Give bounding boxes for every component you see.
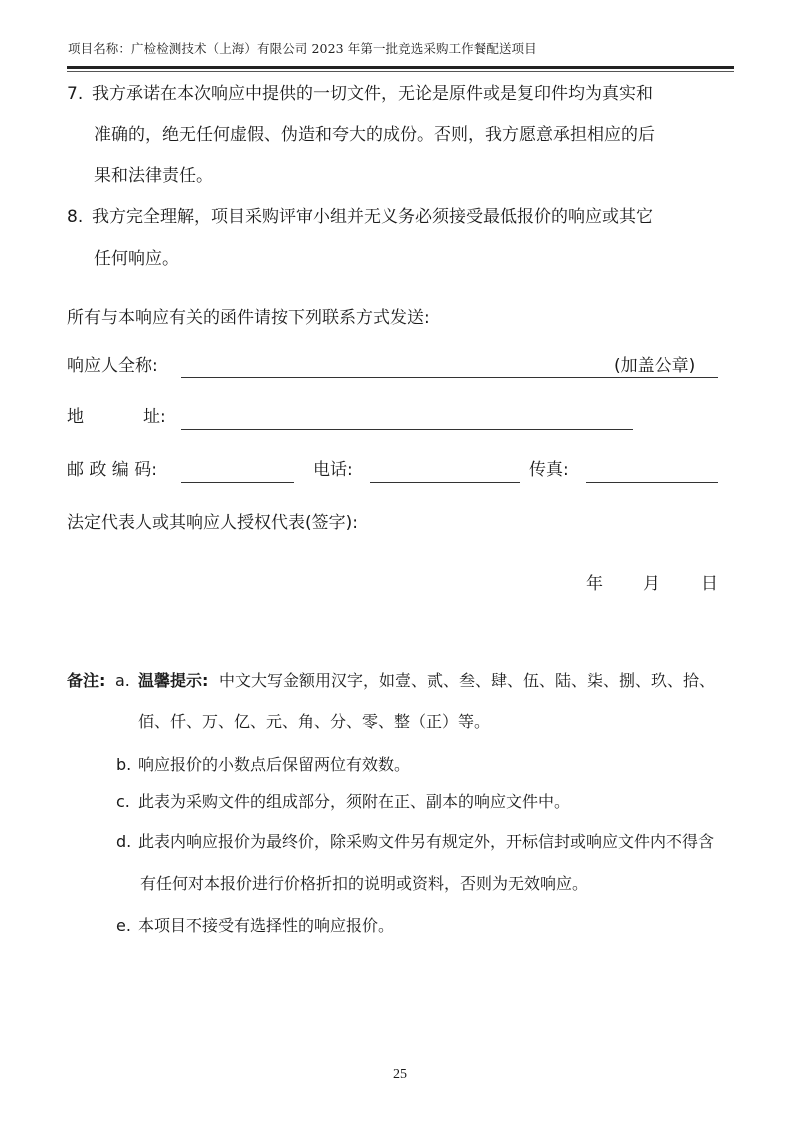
note-e-letter: e. [116, 916, 131, 936]
commitment-8-line-2: 任何响应。 [94, 249, 179, 269]
commitment-7-line-3: 果和法律责任。 [94, 166, 213, 186]
notes-title: 备注: [67, 671, 105, 691]
full-name-field[interactable] [181, 358, 601, 376]
note-d-line-1: 此表内响应报价为最终价，除采购文件另有规定外，开标信封或响应文件内不得含 [138, 832, 714, 852]
phone-label: 电话: [313, 460, 353, 480]
note-d-letter: d. [116, 832, 131, 852]
phone-field[interactable] [370, 462, 520, 480]
date-year: 年 [586, 574, 603, 594]
note-d-line-2: 有任何对本报价进行价格折扣的说明或资料，否则为无效响应。 [140, 874, 588, 894]
address-field[interactable] [181, 409, 633, 427]
note-b-letter: b. [116, 755, 131, 775]
commitment-8-number: 8. [67, 207, 83, 227]
contact-intro: 所有与本响应有关的函件请按下列联系方式发送: [67, 308, 430, 328]
page-number: 25 [0, 1067, 800, 1083]
signature-label: 法定代表人或其响应人授权代表(签字): [67, 513, 358, 533]
header-rule-thick [67, 66, 734, 69]
page-header-project-name: 项目名称：广检检测技术（上海）有限公司 2023 年第一批竞选采购工作餐配送项目 [68, 39, 537, 57]
note-c-text: 此表为采购文件的组成部分，须附在正、副本的响应文件中。 [138, 792, 570, 812]
note-a-line-1: 中文大写金额用汉字，如壹、贰、叁、肆、伍、陆、柒、捌、玖、拾、 [219, 671, 715, 691]
commitment-7-number: 7. [67, 84, 83, 104]
fax-underline [586, 482, 718, 483]
commitment-7-line-1: 我方承诺在本次响应中提供的一切文件，无论是原件或是复印件均为真实和 [92, 84, 653, 104]
note-a-line-2: 佰、仟、万、亿、元、角、分、零、整（正）等。 [138, 712, 490, 732]
full-name-underline [181, 377, 718, 378]
address-label-part-1: 地 [67, 407, 84, 427]
note-a-letter: a. [115, 671, 130, 691]
date-month: 月 [643, 574, 660, 594]
header-rule-thin [67, 71, 734, 72]
date-day: 日 [701, 574, 718, 594]
commitment-8-line-1: 我方完全理解，项目采购评审小组并无义务必须接受最低报价的响应或其它 [92, 207, 653, 227]
full-name-label: 响应人全称: [67, 356, 158, 376]
fax-field[interactable] [586, 462, 718, 480]
fax-label: 传真: [529, 460, 569, 480]
note-b-text: 响应报价的小数点后保留两位有效数。 [138, 755, 410, 775]
note-e-text: 本项目不接受有选择性的响应报价。 [138, 916, 394, 936]
seal-note: (加盖公章) [614, 356, 695, 376]
postcode-label: 邮 政 编 码: [67, 460, 157, 480]
commitment-7-line-2: 准确的，绝无任何虚假、伪造和夸大的成份。否则，我方愿意承担相应的后 [94, 125, 655, 145]
address-label-part-2: 址: [143, 407, 166, 427]
postcode-field[interactable] [181, 462, 294, 480]
note-c-letter: c. [116, 792, 130, 812]
phone-underline [370, 482, 520, 483]
postcode-underline [181, 482, 294, 483]
note-a-bold-prefix: 温馨提示: [138, 671, 208, 691]
address-underline [181, 429, 633, 430]
